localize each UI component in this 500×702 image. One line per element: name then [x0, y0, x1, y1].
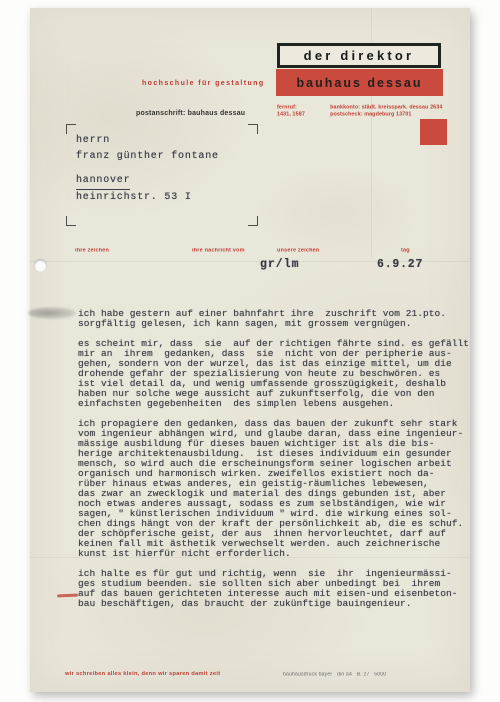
letterhead-postal-line: postanschrift: bauhaus dessau [136, 110, 245, 117]
director-title-box: der direktor [277, 43, 441, 68]
letterhead-school-line: hochschule für gestaltung [142, 80, 265, 87]
address-window-corner [66, 124, 76, 134]
label-tag: tag [401, 248, 410, 254]
address-window-corner [248, 216, 258, 226]
letter-paragraph: ich habe gestern auf einer bahnfahrt ihr… [78, 309, 470, 329]
bauhaus-dessau-block: bauhaus dessau [276, 69, 443, 96]
punch-hole [34, 259, 47, 272]
footer-slogan: wir schreiben alles klein, denn wir spar… [65, 671, 220, 677]
recipient-address-window: herrn franz günther fontane hannover hei… [66, 124, 258, 226]
letter-paragraph: es scheint mir, dass sie auf der richtig… [78, 339, 470, 409]
red-square-ornament [420, 119, 447, 145]
letter-body: ich habe gestern auf einer bahnfahrt ihr… [78, 309, 470, 619]
recipient-street: heinrichstr. 53 I [76, 190, 219, 206]
pencil-smudge [28, 307, 76, 319]
letter-date: 6.9.27 [377, 258, 423, 271]
red-pencil-mark [57, 594, 78, 597]
contact-phone: fernruf: 1431, 1587 [277, 104, 330, 118]
printer-imprint: bauhausdruck bayer din a4 B. 27 5000 [283, 672, 386, 677]
letter-paragraph: ich propagiere den gedanken, dass das ba… [78, 419, 470, 559]
recipient-address: herrn franz günther fontane hannover hei… [76, 133, 219, 205]
address-window-corner [248, 124, 258, 134]
address-window-corner [66, 216, 76, 226]
contact-bank: bankkonto: städt. kreisspark. dessau 263… [330, 104, 492, 118]
recipient-name: franz günther fontane [76, 149, 219, 165]
our-reference-value: gr/lm [260, 258, 300, 271]
recipient-salutation: herrn [76, 133, 219, 149]
label-ihre-nachricht-vom: ihre nachricht vom [192, 248, 245, 254]
letter-paper: hochschule für gestaltung postanschrift:… [30, 8, 470, 692]
recipient-city: hannover [76, 173, 130, 190]
label-ihre-zeichen: ihre zeichen [75, 248, 109, 254]
label-unsere-zeichen: unsere zeichen [277, 248, 319, 254]
letter-paragraph: ich halte es für gut und richtig, wenn s… [78, 569, 470, 609]
letterhead-contact: fernruf: 1431, 1587 bankkonto: städt. kr… [277, 104, 492, 118]
